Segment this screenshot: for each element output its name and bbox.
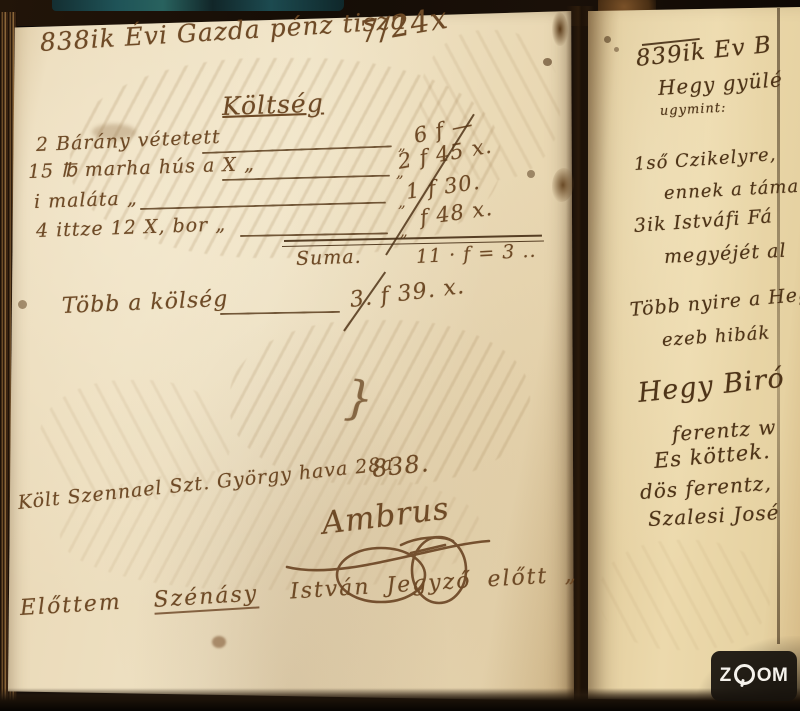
expense-label: i maláta „ [34, 187, 138, 213]
marbled-cover-fragment [52, 0, 344, 11]
watermark-text-z: Z [720, 665, 732, 687]
manuscript-scan: { "left_page": { "year_title": "838ik Év… [0, 0, 800, 711]
watermark-text-om: OM [757, 665, 789, 687]
brace-mark: } [343, 370, 376, 426]
magnifier-icon [734, 664, 755, 685]
ink-spot [18, 300, 27, 309]
ink-spot [543, 58, 552, 66]
ink-stain [552, 12, 568, 46]
dateline-year: 838. [371, 449, 431, 483]
zoom-watermark: Z OM [711, 651, 797, 701]
ditto-mark: „ [398, 193, 406, 211]
ink-spot [614, 47, 619, 52]
book-bottom-edge [0, 688, 800, 711]
ink-spot [604, 36, 611, 43]
right-page-seam [777, 8, 780, 644]
ghost-writing [600, 540, 770, 650]
section-title: Költség [221, 88, 324, 121]
ink-spot [212, 636, 226, 648]
ink-spot [527, 170, 535, 178]
summa-label: Suma. [296, 246, 362, 270]
